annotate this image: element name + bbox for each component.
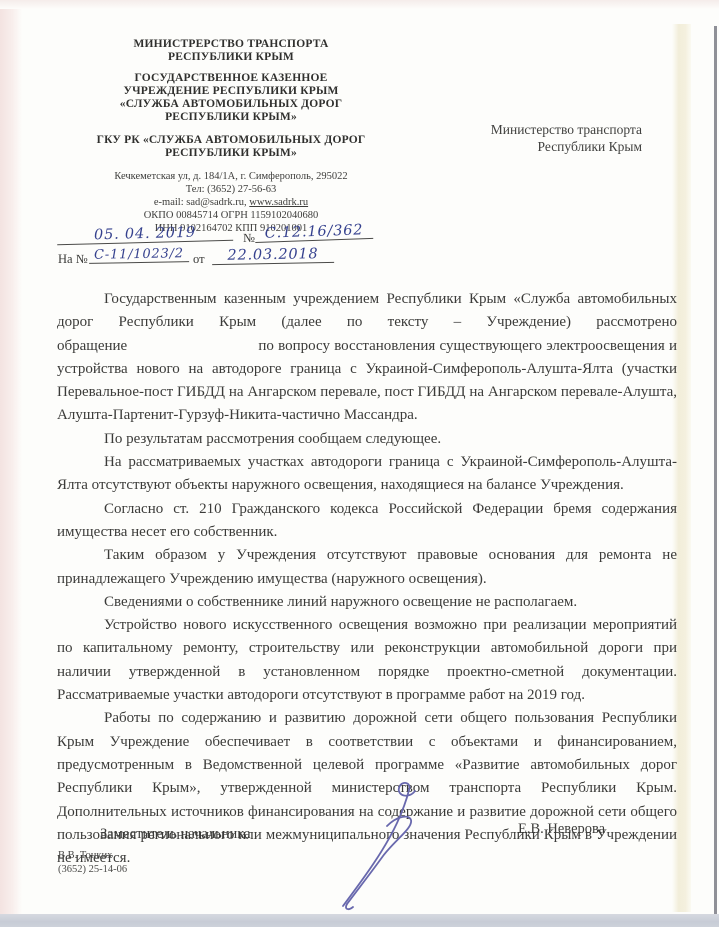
incoming-date-handwritten: 22.03.2018	[212, 246, 334, 265]
ministry-name-line: МИНИСТРЕРСТВО ТРАНСПОРТА	[55, 38, 407, 51]
scan-edge-right-line	[714, 26, 717, 916]
scan-edge-left	[0, 0, 22, 927]
organization-short-name-line: РЕСПУБЛИКИ КРЫМ»	[55, 147, 407, 160]
body-paragraph: На рассматриваемых участках автодороги г…	[57, 451, 677, 498]
signer-position-title: Заместитель начальника	[100, 826, 251, 843]
recipient-line: Министерство транспорта	[420, 121, 642, 138]
body-paragraph: По результатам рассмотрения сообщаем сле…	[57, 428, 677, 451]
email-text: e-mail: sad@sadrk.ru,	[154, 197, 249, 208]
incoming-number-handwritten: С-11/1023/2	[89, 246, 189, 264]
body-paragraph: Сведениями о собственнике линий наружног…	[57, 591, 677, 614]
phone-line: Тел: (3652) 27-56-63	[55, 183, 407, 196]
outgoing-date-handwritten: 05. 04. 2019	[57, 224, 233, 246]
letterhead: МИНИСТРЕРСТВО ТРАНСПОРТА РЕСПУБЛИКИ КРЫМ…	[55, 38, 407, 235]
organization-name-line: ГОСУДАРСТВЕННОЕ КАЗЕННОЕ	[55, 72, 407, 85]
scanned-letter-page: { "letterhead": { "ministry": ["МИНИСТРЕ…	[0, 0, 719, 927]
from-date-label: от	[193, 252, 205, 267]
body-paragraph: Устройство нового искусственного освещен…	[57, 614, 677, 707]
scan-edge-bottom	[0, 914, 719, 927]
organization-name-line: РЕСПУБЛИКИ КРЫМ»	[55, 111, 407, 124]
ministry-name-line: РЕСПУБЛИКИ КРЫМ	[55, 51, 407, 64]
scan-edge-top	[0, 0, 719, 9]
organization-name-line: «СЛУЖБА АВТОМОБИЛЬНЫХ ДОРОГ	[55, 98, 407, 111]
body-paragraph: Таким образом у Учреждения отсутствуют п…	[57, 544, 677, 591]
website-link: www.sadrk.ru	[249, 197, 308, 208]
number-sign-label: №	[243, 231, 255, 246]
body-paragraph: Государственным казенным учреждением Рес…	[57, 288, 677, 428]
reply-to-number-label: На №	[58, 252, 88, 267]
recipient-block: Министерство транспорта Республики Крым	[420, 121, 642, 155]
executor-name: В.В. Тонких	[58, 849, 127, 863]
body-paragraph: Согласно ст. 210 Гражданского кодекса Ро…	[57, 498, 677, 545]
okpo-ogrn-line: ОКПО 00845714 ОГРН 1159102040680	[55, 209, 407, 222]
executor-phone: (3652) 25-14-06	[58, 863, 127, 877]
handwritten-signature-icon	[335, 778, 435, 913]
executor-block: В.В. Тонких (3652) 25-14-06	[58, 849, 127, 877]
recipient-line: Республики Крым	[420, 138, 642, 155]
address-line: Кечкеметская ул, д. 184/1А, г. Симферопо…	[55, 170, 407, 183]
email-line: e-mail: sad@sadrk.ru, www.sadrk.ru	[55, 196, 407, 209]
organization-short-name-line: ГКУ РК «СЛУЖБА АВТОМОБИЛЬНЫХ ДОРОГ	[55, 134, 407, 147]
signer-name: Е.В. Неверова	[518, 821, 605, 838]
organization-name-line: УЧРЕЖДЕНИЕ РЕСПУБЛИКИ КРЫМ	[55, 85, 407, 98]
outgoing-number-handwritten: С.12.16/362	[255, 222, 374, 243]
